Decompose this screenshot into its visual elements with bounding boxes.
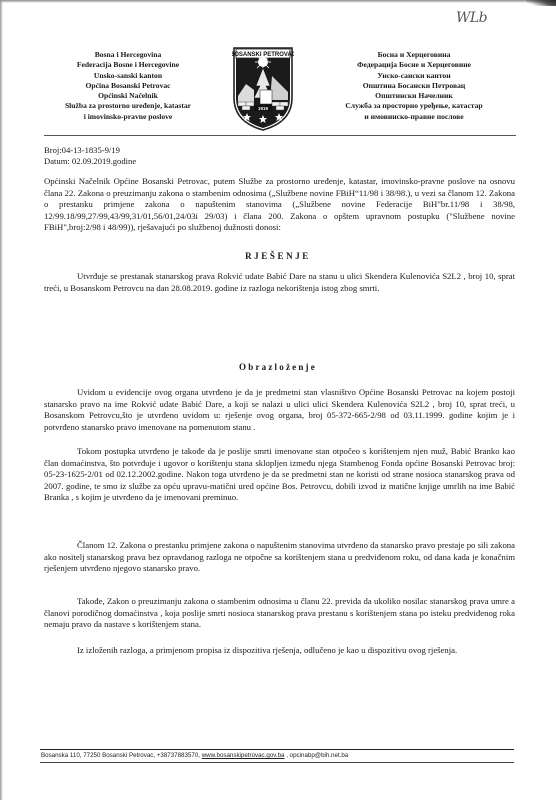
- letterhead-line: Општина Босански Петровац: [314, 81, 514, 91]
- letterhead-line: Bosna i Hercegovina: [44, 50, 212, 60]
- decision-title: RJEŠENJE: [0, 251, 556, 261]
- handwritten-note: WLb: [456, 10, 487, 26]
- reasoning-paragraph: Uvidom u evidencije ovog organa utvrđeno…: [44, 387, 515, 433]
- letterhead-line: Općinski Načelnik: [44, 91, 212, 101]
- footer-address: Bosanska 110, 77250 Bosanski Petrovac, +…: [41, 752, 202, 759]
- crest-year: 1919: [258, 106, 269, 111]
- letterhead-line: i imovinsko-pravne poslove: [44, 112, 212, 122]
- footer-email[interactable]: opcinabp@bih.net.ba: [290, 752, 349, 759]
- reasoning-paragraph: Iz izloženih razloga, a primjenom propis…: [44, 645, 515, 657]
- scan-edge: [0, 0, 556, 3]
- letterhead-line: Босна и Херцеговина: [314, 50, 514, 60]
- footer-website-link[interactable]: www.bosanskipetrovac.gov.ba: [202, 752, 285, 759]
- letterhead-latin: Bosna i Hercegovina Federacija Bosne i H…: [44, 50, 212, 122]
- scan-corner-shadow: [526, 0, 556, 6]
- reasoning-paragraph: Tokom postupka utvrđeno je takođe da je …: [44, 446, 515, 504]
- letterhead-line: Federacija Bosne i Hercegovine: [44, 60, 212, 70]
- letterhead-cyrillic: Босна и Херцеговина Федерација Босне и Х…: [314, 50, 514, 122]
- document-meta: Broj:04-13-1835-9/19 Datum: 02.09.2019.g…: [44, 145, 136, 167]
- reasoning-paragraph: Takođe, Zakon o preuzimanju zakona o sta…: [44, 596, 515, 631]
- header-divider: [44, 135, 516, 136]
- letterhead-line: Služba za prostorno uređenje, katastar: [44, 101, 212, 111]
- letterhead-line: Служба за просторно уређење, катастар: [314, 101, 514, 111]
- letterhead-line: Унско-сански кантон: [314, 71, 514, 81]
- footer-divider: [40, 749, 514, 750]
- footer-contact: Bosanska 110, 77250 Bosanski Petrovac, +…: [41, 751, 348, 760]
- letterhead-line: Unsko-sanski kanton: [44, 71, 212, 81]
- letterhead-line: и имовинско-правне послове: [314, 112, 514, 122]
- reasoning-title: Obrazloženje: [0, 362, 556, 372]
- intro-paragraph: Općinski Načelnik Općine Bosanski Petrov…: [44, 176, 515, 234]
- letterhead-line: Općina Bosanski Petrovac: [44, 81, 212, 91]
- footer-divider: [40, 762, 514, 763]
- letterhead-line: Федерација Босне и Херцеговине: [314, 60, 514, 70]
- reasoning-paragraph: Članom 12. Zakona o prestanku primjene z…: [44, 540, 515, 575]
- document-date: Datum: 02.09.2019.godine: [44, 156, 136, 167]
- decision-paragraph: Utvrđuje se prestanak stanarskog prava R…: [44, 271, 515, 294]
- letterhead: Bosna i Hercegovina Federacija Bosne i H…: [44, 50, 518, 132]
- letterhead-line: Општински Начелник: [314, 91, 514, 101]
- scan-edge: [0, 0, 3, 800]
- document-number: Broj:04-13-1835-9/19: [44, 145, 136, 156]
- coat-of-arms-icon: BOSANSKI PETROVAC 1919: [232, 46, 294, 132]
